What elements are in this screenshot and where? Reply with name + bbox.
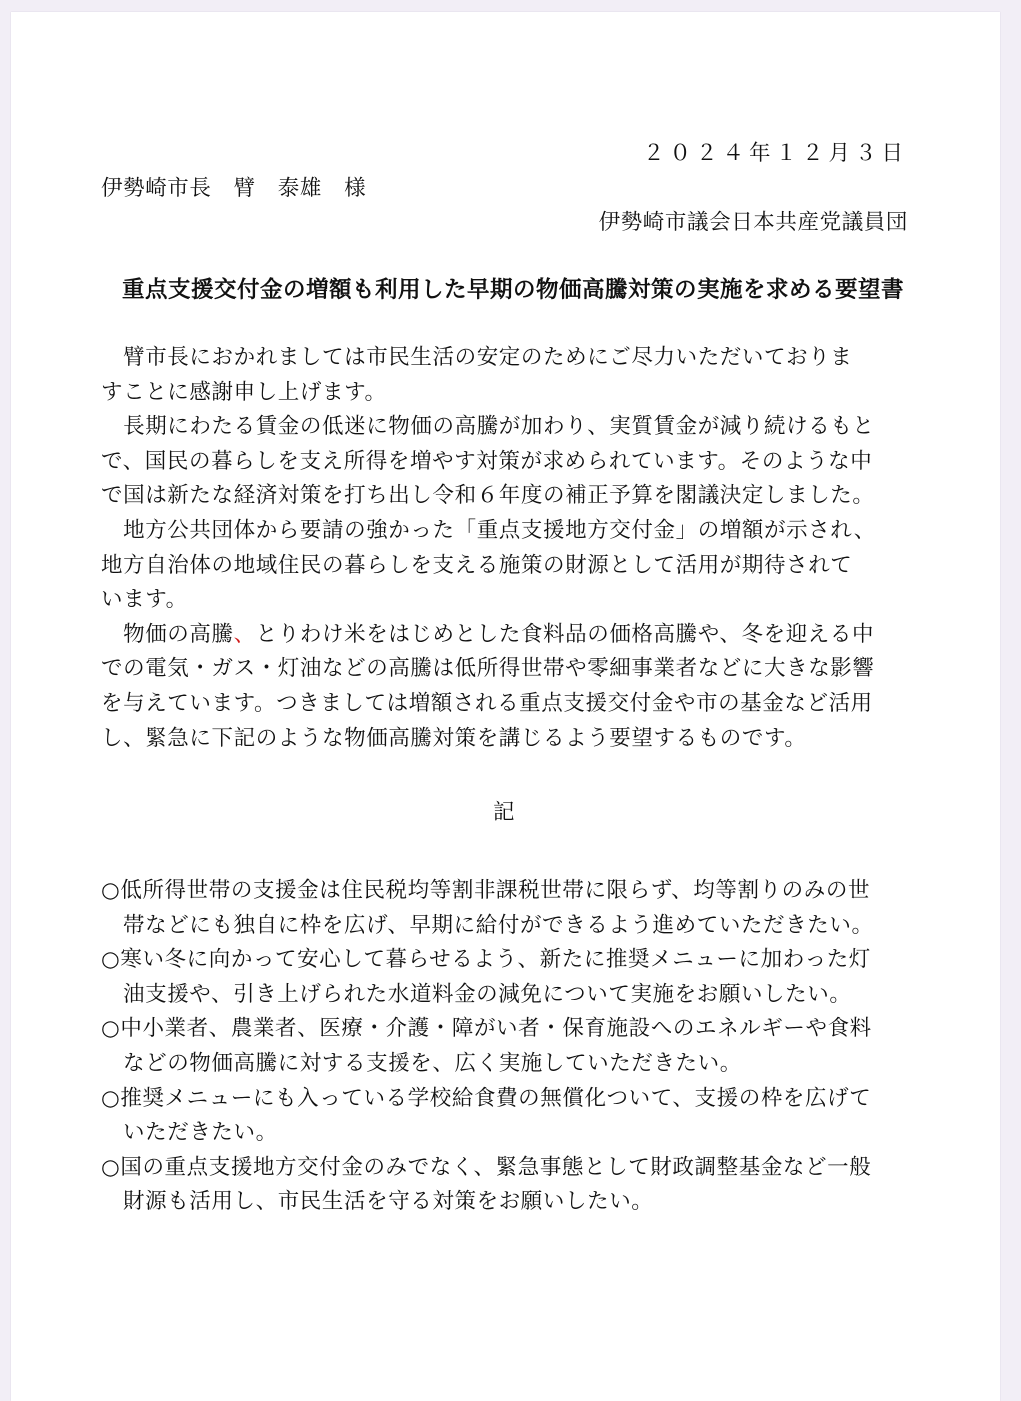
text-line: 地方自治体の地域住民の暮らしを支える施策の財源として活用が期待されて — [101, 549, 921, 584]
text-line: すことに感謝申し上げます。 — [101, 376, 921, 411]
item-line: 油支援や、引き上げられた水道料金の減免について実施をお願いしたい。 — [101, 978, 931, 1013]
red-comma-mark: 、 — [234, 622, 256, 647]
text-segment: とりわけ米をはじめとした食料品の価格高騰や、冬を迎える中 — [256, 622, 874, 647]
text-line: 臂市長におかれましては市民生活の安定のためにご尽力いただいておりま — [101, 341, 921, 376]
item-line: ○中小業者、農業者、医療・介護・障がい者・保育施設へのエネルギーや食料 — [101, 1012, 931, 1047]
item-line: ○推奨メニューにも入っている学校給食費の無償化ついて、支援の枠を広げて — [101, 1082, 931, 1117]
item-line: などの物価高騰に対する支援を、広く実施していただきたい。 — [101, 1047, 931, 1082]
text-line: での電気・ガス・灯油などの高騰は低所得世帯や零細事業者などに大きな影響 — [101, 652, 921, 687]
addressee: 伊勢崎市長 臂 泰雄 様 — [101, 174, 366, 204]
paragraph-1: 臂市長におかれましては市民生活の安定のためにご尽力いただいておりま すことに感謝… — [101, 341, 921, 410]
ki-heading: 記 — [493, 798, 515, 828]
document-title: 重点支援交付金の増額も利用した早期の物価高騰対策の実施を求める要望書 — [122, 275, 904, 305]
text-segment: 物価の高騰 — [101, 622, 234, 647]
request-items: ○低所得世帯の支援金は住民税均等割非課税世帯に限らず、均等割りのみの世 帯などに… — [101, 874, 931, 1220]
item-line: ○低所得世帯の支援金は住民税均等割非課税世帯に限らず、均等割りのみの世 — [101, 874, 931, 909]
text-line: 物価の高騰、とりわけ米をはじめとした食料品の価格高騰や、冬を迎える中 — [101, 618, 921, 653]
request-item: ○国の重点支援地方交付金のみでなく、緊急事態として財政調整基金など一般 財源も活… — [101, 1151, 931, 1220]
request-item: ○低所得世帯の支援金は住民税均等割非課税世帯に限らず、均等割りのみの世 帯などに… — [101, 874, 931, 943]
item-line: ○寒い冬に向かって安心して暮らせるよう、新たに推奨メニューに加わった灯 — [101, 943, 931, 978]
item-line: 帯などにも独自に枠を広げ、早期に給付ができるよう進めていただきたい。 — [101, 909, 931, 944]
document-page: ２０２４年１２月３日 伊勢崎市長 臂 泰雄 様 伊勢崎市議会日本共産党議員団 重… — [11, 12, 1000, 1401]
text-line: 地方公共団体から要請の強かった「重点支援地方交付金」の増額が示され、 — [101, 514, 921, 549]
request-item: ○推奨メニューにも入っている学校給食費の無償化ついて、支援の枠を広げて いただき… — [101, 1082, 931, 1151]
text-line: います。 — [101, 583, 921, 618]
item-line: ○国の重点支援地方交付金のみでなく、緊急事態として財政調整基金など一般 — [101, 1151, 931, 1186]
text-line: で国は新たな経済対策を打ち出し令和６年度の補正予算を閣議決定しました。 — [101, 479, 921, 514]
item-line: 財源も活用し、市民生活を守る対策をお願いしたい。 — [101, 1185, 931, 1220]
paragraph-4: 物価の高騰、とりわけ米をはじめとした食料品の価格高騰や、冬を迎える中 での電気・… — [101, 618, 921, 756]
paragraph-2: 長期にわたる賃金の低迷に物価の高騰が加わり、実質賃金が減り続けるもと で、国民の… — [101, 410, 921, 514]
text-line: 長期にわたる賃金の低迷に物価の高騰が加わり、実質賃金が減り続けるもと — [101, 410, 921, 445]
request-item: ○寒い冬に向かって安心して暮らせるよう、新たに推奨メニューに加わった灯 油支援や… — [101, 943, 931, 1012]
text-line: を与えています。つきましては増額される重点支援交付金や市の基金など活用 — [101, 687, 921, 722]
body-text: 臂市長におかれましては市民生活の安定のためにご尽力いただいておりま すことに感謝… — [101, 341, 921, 756]
sender: 伊勢崎市議会日本共産党議員団 — [599, 208, 908, 238]
document-date: ２０２４年１２月３日 — [643, 139, 908, 169]
item-line: いただきたい。 — [101, 1116, 931, 1151]
text-line: し、緊急に下記のような物価高騰対策を講じるよう要望するものです。 — [101, 722, 921, 757]
paragraph-3: 地方公共団体から要請の強かった「重点支援地方交付金」の増額が示され、 地方自治体… — [101, 514, 921, 618]
text-line: で、国民の暮らしを支え所得を増やす対策が求められています。そのような中 — [101, 445, 921, 480]
request-item: ○中小業者、農業者、医療・介護・障がい者・保育施設へのエネルギーや食料 などの物… — [101, 1012, 931, 1081]
